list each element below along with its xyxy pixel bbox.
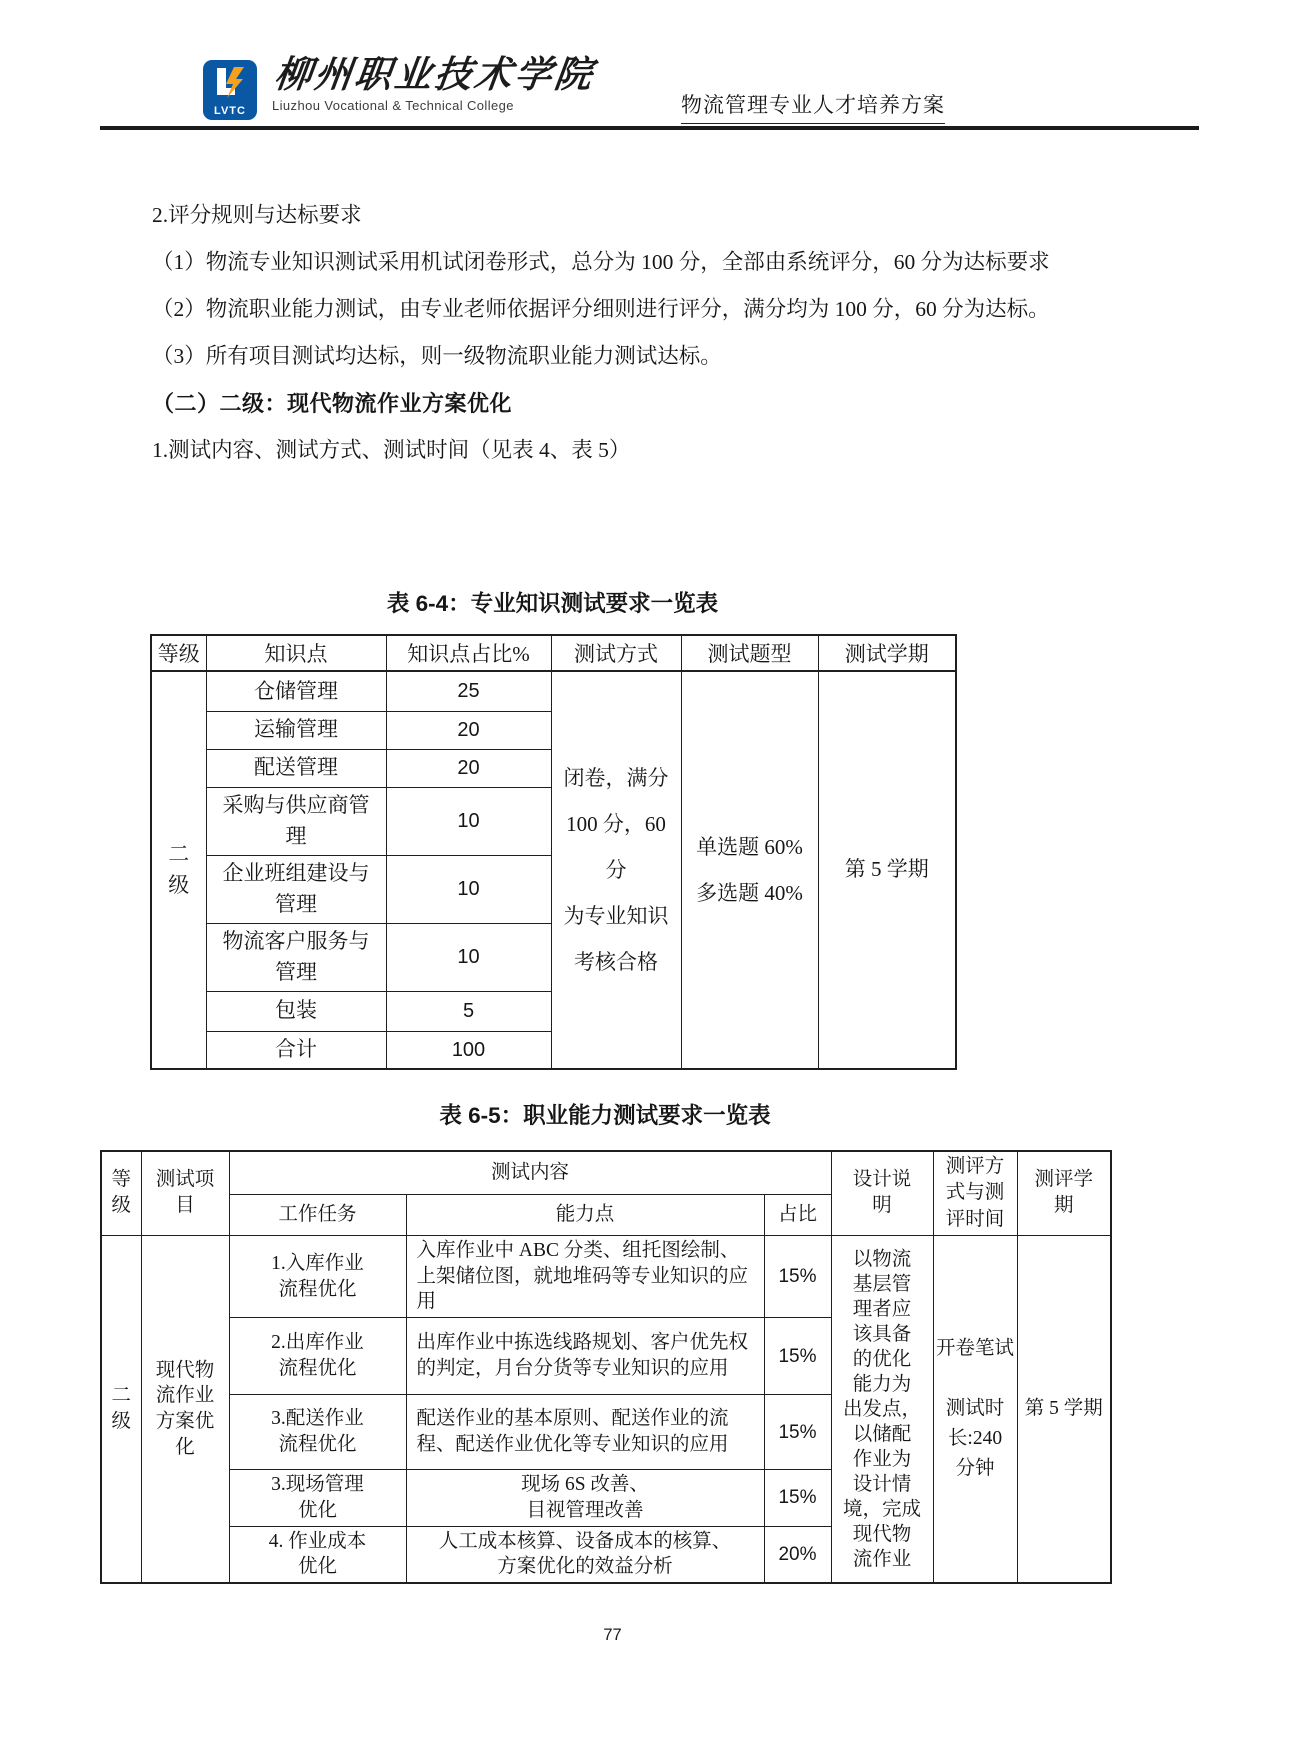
t5-task-cell: 1.入库作业 流程优化 bbox=[229, 1235, 406, 1317]
t4-pct-cell: 10 bbox=[386, 855, 551, 923]
school-name-zh: 柳州职业技术学院 bbox=[272, 56, 597, 96]
table-6-5: 等级 测试项目 测试内容 设计说明 测评方式与测评时间 测评学期 工作任务 能力… bbox=[100, 1150, 1112, 1584]
t4-semester-cell: 第 5 学期 bbox=[818, 671, 956, 1069]
t5-header-semester: 测评学期 bbox=[1017, 1151, 1111, 1235]
t4-point-cell: 运输管理 bbox=[206, 711, 386, 749]
table-6-5-title: 表 6-5：职业能力测试要求一览表 bbox=[100, 1098, 1110, 1130]
school-name-en: Liuzhou Vocational & Technical College bbox=[272, 98, 592, 113]
school-logo-icon: LVTC bbox=[203, 60, 257, 120]
paragraph-scoring-rules-heading: 2.评分规则与达标要求 bbox=[100, 192, 1199, 239]
t5-ability-cell: 人工成本核算、设备成本的核算、 方案优化的效益分析 bbox=[406, 1526, 764, 1583]
t5-level-cell: 二级 bbox=[101, 1235, 141, 1583]
doc-title: 物流管理专业人才培养方案 bbox=[681, 89, 945, 124]
t4-point-cell: 合计 bbox=[206, 1031, 386, 1069]
t5-header-ratio: 占比 bbox=[764, 1194, 831, 1235]
t5-semester-cell: 第 5 学期 bbox=[1017, 1235, 1111, 1583]
t5-header-level: 等级 bbox=[101, 1151, 141, 1235]
t5-ability-cell: 出库作业中拣选线路规划、客户优先权的判定，月台分货等专业知识的应用 bbox=[406, 1318, 764, 1395]
table-row: 二级 现代物流作业方案优化 1.入库作业 流程优化 入库作业中 ABC 分类、组… bbox=[101, 1235, 1111, 1317]
t4-pct-cell: 20 bbox=[386, 711, 551, 749]
logo-lvtc-text: LVTC bbox=[214, 105, 246, 117]
t4-point-cell: 包装 bbox=[206, 991, 386, 1031]
t5-task-cell: 4. 作业成本 优化 bbox=[229, 1526, 406, 1583]
t5-ratio-cell: 15% bbox=[764, 1235, 831, 1317]
t5-header-ability: 能力点 bbox=[406, 1194, 764, 1235]
t4-point-cell: 仓储管理 bbox=[206, 671, 386, 711]
t4-point-cell: 物流客户服务与管理 bbox=[206, 923, 386, 991]
t5-method-cell: 开卷笔试 测试时长:240 分钟 bbox=[933, 1235, 1017, 1583]
t5-task-cell: 3.配送作业 流程优化 bbox=[229, 1395, 406, 1470]
t4-pct-cell: 25 bbox=[386, 671, 551, 711]
t5-project-cell: 现代物流作业方案优化 bbox=[141, 1235, 229, 1583]
t4-pct-cell: 5 bbox=[386, 991, 551, 1031]
table-row: 二级 仓储管理 25 闭卷，满分 100 分，60 分 为专业知识 考核合格 单… bbox=[151, 671, 956, 711]
t4-pct-cell: 100 bbox=[386, 1031, 551, 1069]
school-name-block: 柳州职业技术学院 Liuzhou Vocational & Technical … bbox=[272, 56, 592, 113]
page-number: 77 bbox=[0, 1626, 1225, 1645]
t5-task-cell: 2.出库作业 流程优化 bbox=[229, 1318, 406, 1395]
t5-ability-cell: 配送作业的基本原则、配送作业的流程、配送作业优化等专业知识的应用 bbox=[406, 1395, 764, 1470]
t5-ability-cell: 入库作业中 ABC 分类、组托图绘制、上架储位图，就地堆码等专业知识的应用 bbox=[406, 1235, 764, 1317]
body-text: 2.评分规则与达标要求 （1）物流专业知识测试采用机试闭卷形式，总分为 100 … bbox=[100, 192, 1199, 474]
section-heading-level2: （二）二级：现代物流作业方案优化 bbox=[100, 380, 1199, 427]
t5-header-method: 测评方式与测评时间 bbox=[933, 1151, 1017, 1235]
t4-header-types: 测试题型 bbox=[681, 635, 818, 671]
page-header: LVTC 柳州职业技术学院 Liuzhou Vocational & Techn… bbox=[100, 56, 1199, 130]
table-6-4: 等级 知识点 知识点占比% 测试方式 测试题型 测试学期 二级 仓储管理 25 … bbox=[150, 634, 957, 1070]
table-header-row: 等级 测试项目 测试内容 设计说明 测评方式与测评时间 测评学期 bbox=[101, 1151, 1111, 1194]
t4-header-method: 测试方式 bbox=[551, 635, 681, 671]
t4-point-cell: 企业班组建设与管理 bbox=[206, 855, 386, 923]
lvtc-logo-icon: LVTC bbox=[203, 60, 257, 120]
t4-header-knowledge-point: 知识点 bbox=[206, 635, 386, 671]
table-header-row: 等级 知识点 知识点占比% 测试方式 测试题型 测试学期 bbox=[151, 635, 956, 671]
paragraph-test-content: 1.测试内容、测试方式、测试时间（见表 4、表 5） bbox=[100, 427, 1199, 474]
t5-design-cell: 以物流 基层管 理者应 该具备 的优化 能力为 出发点， 以储配 作业为 设计情… bbox=[831, 1235, 933, 1583]
t5-ratio-cell: 15% bbox=[764, 1470, 831, 1526]
t4-pct-cell: 10 bbox=[386, 923, 551, 991]
t4-header-pct: 知识点占比% bbox=[386, 635, 551, 671]
t5-header-task: 工作任务 bbox=[229, 1194, 406, 1235]
t5-ratio-cell: 20% bbox=[764, 1526, 831, 1583]
t5-task-cell: 3.现场管理 优化 bbox=[229, 1470, 406, 1526]
t5-ratio-cell: 15% bbox=[764, 1318, 831, 1395]
t4-pct-cell: 20 bbox=[386, 749, 551, 787]
paragraph-rule-2: （2）物流职业能力测试，由专业老师依据评分细则进行评分，满分均为 100 分，6… bbox=[100, 286, 1199, 333]
t4-types-cell: 单选题 60% 多选题 40% bbox=[681, 671, 818, 1069]
paragraph-rule-1: （1）物流专业知识测试采用机试闭卷形式，总分为 100 分，全部由系统评分，60… bbox=[100, 239, 1199, 286]
t5-ability-cell: 现场 6S 改善、 目视管理改善 bbox=[406, 1470, 764, 1526]
table-6-4-title: 表 6-4：专业知识测试要求一览表 bbox=[150, 586, 955, 618]
t5-header-project: 测试项目 bbox=[141, 1151, 229, 1235]
t4-point-cell: 采购与供应商管理 bbox=[206, 787, 386, 855]
paragraph-rule-3: （3）所有项目测试均达标，则一级物流职业能力测试达标。 bbox=[100, 333, 1199, 380]
t4-header-level: 等级 bbox=[151, 635, 206, 671]
t5-header-content: 测试内容 bbox=[229, 1151, 831, 1194]
document-page: LVTC 柳州职业技术学院 Liuzhou Vocational & Techn… bbox=[0, 0, 1299, 1754]
t5-ratio-cell: 15% bbox=[764, 1395, 831, 1470]
t4-point-cell: 配送管理 bbox=[206, 749, 386, 787]
t4-header-semester: 测试学期 bbox=[818, 635, 956, 671]
t4-level-cell: 二级 bbox=[151, 671, 206, 1069]
t4-method-cell: 闭卷，满分 100 分，60 分 为专业知识 考核合格 bbox=[551, 671, 681, 1069]
t4-pct-cell: 10 bbox=[386, 787, 551, 855]
t5-header-design: 设计说明 bbox=[831, 1151, 933, 1235]
